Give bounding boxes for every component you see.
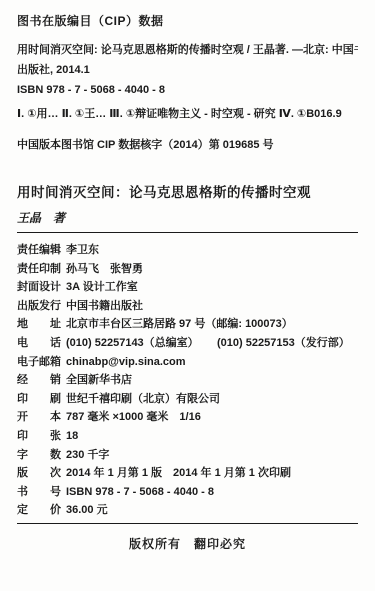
row-value: (010) 52257143（总编室） (010) 52257153（发行部） xyxy=(66,334,350,353)
row-value: 3A 设计工作室 xyxy=(66,278,138,297)
row-label: 责任编辑 xyxy=(17,241,63,260)
publication-row: 印 张18 xyxy=(17,427,358,446)
row-label: 印 张 xyxy=(17,427,63,446)
publication-row: 责任印制孙马飞 张智勇 xyxy=(17,260,358,279)
row-label: 书 号 xyxy=(17,483,63,502)
publication-row: 地 址北京市丰台区三路居路 97 号（邮编: 100073） xyxy=(17,315,358,334)
row-label: 字 数 xyxy=(17,446,63,465)
cip-title-line-1: 用时间消灭空间: 论马克思恩格斯的传播时空观 / 王晶著. —北京: 中国书籍 xyxy=(17,40,358,60)
cip-data-heading: 图书在版编目（CIP）数据 xyxy=(17,12,358,29)
row-label: 封面设计 xyxy=(17,278,63,297)
row-value: 36.00 元 xyxy=(66,501,108,520)
row-label: 地 址 xyxy=(17,315,63,334)
row-label: 电子邮箱 xyxy=(17,353,63,372)
row-label: 经 销 xyxy=(17,371,63,390)
row-value: 孙马飞 张智勇 xyxy=(66,260,143,279)
publication-row: 封面设计3A 设计工作室 xyxy=(17,278,358,297)
row-label: 开 本 xyxy=(17,408,63,427)
author-line: 王晶 著 xyxy=(17,209,358,226)
publication-row: 电 话(010) 52257143（总编室） (010) 52257153（发行… xyxy=(17,334,358,353)
row-label: 定 价 xyxy=(17,501,63,520)
copyright-page: 图书在版编目（CIP）数据 用时间消灭空间: 论马克思恩格斯的传播时空观 / 王… xyxy=(0,0,375,591)
row-value: chinabp@vip.sina.com xyxy=(66,353,186,372)
copyright-notice: 版权所有 翻印必究 xyxy=(17,535,358,552)
publication-row: 印 刷世纪千禧印刷（北京）有限公司 xyxy=(17,390,358,409)
cip-isbn-line: ISBN 978 - 7 - 5068 - 4040 - 8 xyxy=(17,80,358,100)
publication-row: 版 次2014 年 1 月第 1 版 2014 年 1 月第 1 次印刷 xyxy=(17,464,358,483)
cip-record-number-line: 中国版本图书馆 CIP 数据核字（2014）第 019685 号 xyxy=(17,135,358,155)
row-label: 出版发行 xyxy=(17,297,63,316)
row-value: 2014 年 1 月第 1 版 2014 年 1 月第 1 次印刷 xyxy=(66,464,291,483)
publication-row: 经 销全国新华书店 xyxy=(17,371,358,390)
row-value: 230 千字 xyxy=(66,446,109,465)
cip-classification-line: Ⅰ. ①用… Ⅱ. ①王… Ⅲ. ①辩证唯物主义 - 时空观 - 研究 Ⅳ. ①… xyxy=(17,104,358,124)
divider-rule-top xyxy=(17,232,358,233)
publication-row: 书 号ISBN 978 - 7 - 5068 - 4040 - 8 xyxy=(17,483,358,502)
row-value: 北京市丰台区三路居路 97 号（邮编: 100073） xyxy=(66,315,293,334)
row-value: 全国新华书店 xyxy=(66,371,132,390)
row-value: 中国书籍出版社 xyxy=(66,297,143,316)
row-value: 787 毫米 ×1000 毫米 1/16 xyxy=(66,408,201,427)
row-value: 李卫东 xyxy=(66,241,99,260)
cip-paragraph: 用时间消灭空间: 论马克思恩格斯的传播时空观 / 王晶著. —北京: 中国书籍 … xyxy=(17,40,358,100)
cip-title-line-2: 出版社, 2014.1 xyxy=(17,60,358,80)
row-value: ISBN 978 - 7 - 5068 - 4040 - 8 xyxy=(66,483,214,502)
publication-info-table: 责任编辑李卫东责任印制孙马飞 张智勇封面设计3A 设计工作室出版发行中国书籍出版… xyxy=(17,241,358,520)
publication-row: 字 数230 千字 xyxy=(17,446,358,465)
row-label: 版 次 xyxy=(17,464,63,483)
page-content: 图书在版编目（CIP）数据 用时间消灭空间: 论马克思恩格斯的传播时空观 / 王… xyxy=(0,0,375,552)
publication-row: 电子邮箱chinabp@vip.sina.com xyxy=(17,353,358,372)
row-label: 责任印制 xyxy=(17,260,63,279)
publication-row: 定 价36.00 元 xyxy=(17,501,358,520)
publication-row: 开 本787 毫米 ×1000 毫米 1/16 xyxy=(17,408,358,427)
row-label: 电 话 xyxy=(17,334,63,353)
row-value: 世纪千禧印刷（北京）有限公司 xyxy=(66,390,220,409)
book-title: 用时间消灭空间：论马克思恩格斯的传播时空观 xyxy=(17,181,358,201)
row-value: 18 xyxy=(66,427,78,446)
divider-rule-bottom xyxy=(17,523,358,524)
publication-row: 责任编辑李卫东 xyxy=(17,241,358,260)
publication-row: 出版发行中国书籍出版社 xyxy=(17,297,358,316)
row-label: 印 刷 xyxy=(17,390,63,409)
